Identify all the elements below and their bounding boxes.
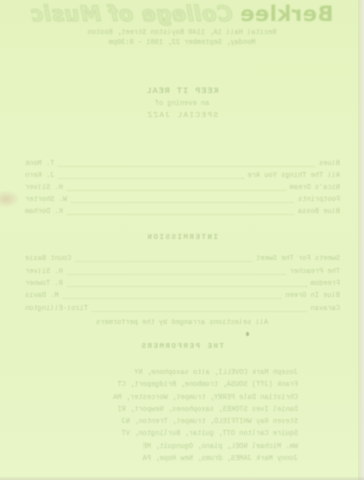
piece-title: Footprints bbox=[298, 196, 340, 205]
piece-title: Caravan bbox=[311, 305, 340, 314]
piece-title: Sweets For The Sweet bbox=[256, 255, 340, 264]
composer: R. Towner bbox=[25, 280, 63, 289]
personnel-line: Joseph Mark COVELLI, alto saxophone, NY bbox=[58, 367, 298, 379]
composer: Tizol-Ellington bbox=[25, 305, 88, 314]
personnel-line: Squire Carlton OTT, guitar, Burlington, … bbox=[58, 428, 298, 440]
arrangement-credit: All selections arranged by the performer… bbox=[0, 319, 364, 327]
personnel-line: Christian Dale PERRY, trumpet, Worcester… bbox=[58, 392, 298, 404]
logo-words-outline: College of Music bbox=[31, 2, 233, 26]
piece-title: Nica's Dream bbox=[290, 184, 340, 193]
bleed-through-layer: Berklee College of Music Recital Hall 1A… bbox=[0, 0, 364, 480]
dot-leader bbox=[71, 202, 294, 203]
personnel-list: Joseph Mark COVELLI, alto saxophone, NY … bbox=[58, 367, 298, 465]
date-line: Monday, September 22, 1981 - 8:30pm bbox=[0, 38, 364, 48]
personnel-line: Daniel Ives STOKES, saxophones, Newport,… bbox=[58, 404, 298, 416]
venue-block: Recital Hall 1A, 1140 Boylston Street, B… bbox=[0, 28, 364, 48]
composer: H. Silver bbox=[25, 268, 63, 277]
composer: H. Silver bbox=[25, 184, 63, 193]
dot-leader bbox=[67, 274, 286, 275]
piece-title: Blue Bossa bbox=[298, 208, 340, 217]
paper-stain bbox=[0, 190, 20, 208]
concert-subtitle: an evening of bbox=[0, 98, 364, 110]
piece-title: Blue In Green bbox=[285, 292, 340, 301]
program-row: Caravan Tizol-Ellington bbox=[25, 305, 340, 314]
piece-title: Freedom bbox=[311, 280, 340, 289]
concert-subtitle2: SPECIAL JAZZ bbox=[0, 110, 364, 123]
concert-title-block: KEEP IT REAL an evening of SPECIAL JAZZ bbox=[0, 85, 364, 123]
composer: W. Shorter bbox=[25, 196, 67, 205]
performers-heading: THE PERFORMERS bbox=[0, 343, 364, 351]
program-row: The Preacher H. Silver bbox=[25, 268, 340, 277]
personnel-line: Frank (Jff) SOUSA, trombone, Bridgeport,… bbox=[58, 379, 298, 391]
intermission-label: INTERMISSION bbox=[0, 234, 364, 242]
composer: J. Kern bbox=[25, 172, 54, 181]
program-row: Blue In Green M. Davis bbox=[25, 292, 340, 301]
program-row: Blue Bossa K. Dorham bbox=[25, 208, 340, 217]
piece-title: The Preacher bbox=[290, 268, 340, 277]
program-row: Freedom R. Towner bbox=[25, 280, 340, 289]
ink-speck bbox=[246, 332, 249, 336]
college-logo: Berklee College of Music bbox=[0, 2, 364, 26]
dot-leader bbox=[58, 178, 243, 179]
dot-leader bbox=[67, 286, 307, 287]
piece-title: Blues bbox=[319, 160, 340, 169]
program-row: Blues T. Monk bbox=[25, 160, 340, 169]
dot-leader bbox=[67, 190, 286, 191]
concert-title: KEEP IT REAL bbox=[0, 85, 364, 98]
dot-leader bbox=[92, 311, 307, 312]
dot-leader bbox=[63, 298, 282, 299]
personnel-line: Wm. Michael NOEL, piano, Ogunquit, ME bbox=[58, 441, 298, 453]
dot-leader bbox=[75, 261, 252, 262]
composer: T. Monk bbox=[25, 160, 54, 169]
logo-word-bold: Berklee bbox=[240, 2, 334, 26]
dot-leader bbox=[58, 166, 315, 167]
composer: M. Davis bbox=[25, 292, 59, 301]
scanned-program-page: Berklee College of Music Recital Hall 1A… bbox=[0, 0, 364, 480]
program-row: All The Things You Are J. Kern bbox=[25, 172, 340, 181]
page-right-edge bbox=[358, 0, 364, 480]
piece-title: All The Things You Are bbox=[248, 172, 340, 181]
program-row: Footprints W. Shorter bbox=[25, 196, 340, 205]
composer: Count Basie bbox=[25, 255, 71, 264]
program-row: Nica's Dream H. Silver bbox=[25, 184, 340, 193]
personnel-line: Steven Ray WHITFIELD, trumpet, Trenton, … bbox=[58, 416, 298, 428]
personnel-line: Jonny Mark JAMES, drums, New Hope, PA bbox=[58, 453, 298, 465]
venue-line: Recital Hall 1A, 1140 Boylston Street, B… bbox=[0, 28, 364, 38]
program-row: Sweets For The Sweet Count Basie bbox=[25, 255, 340, 264]
dot-leader bbox=[67, 214, 294, 215]
composer: K. Dorham bbox=[25, 208, 63, 217]
